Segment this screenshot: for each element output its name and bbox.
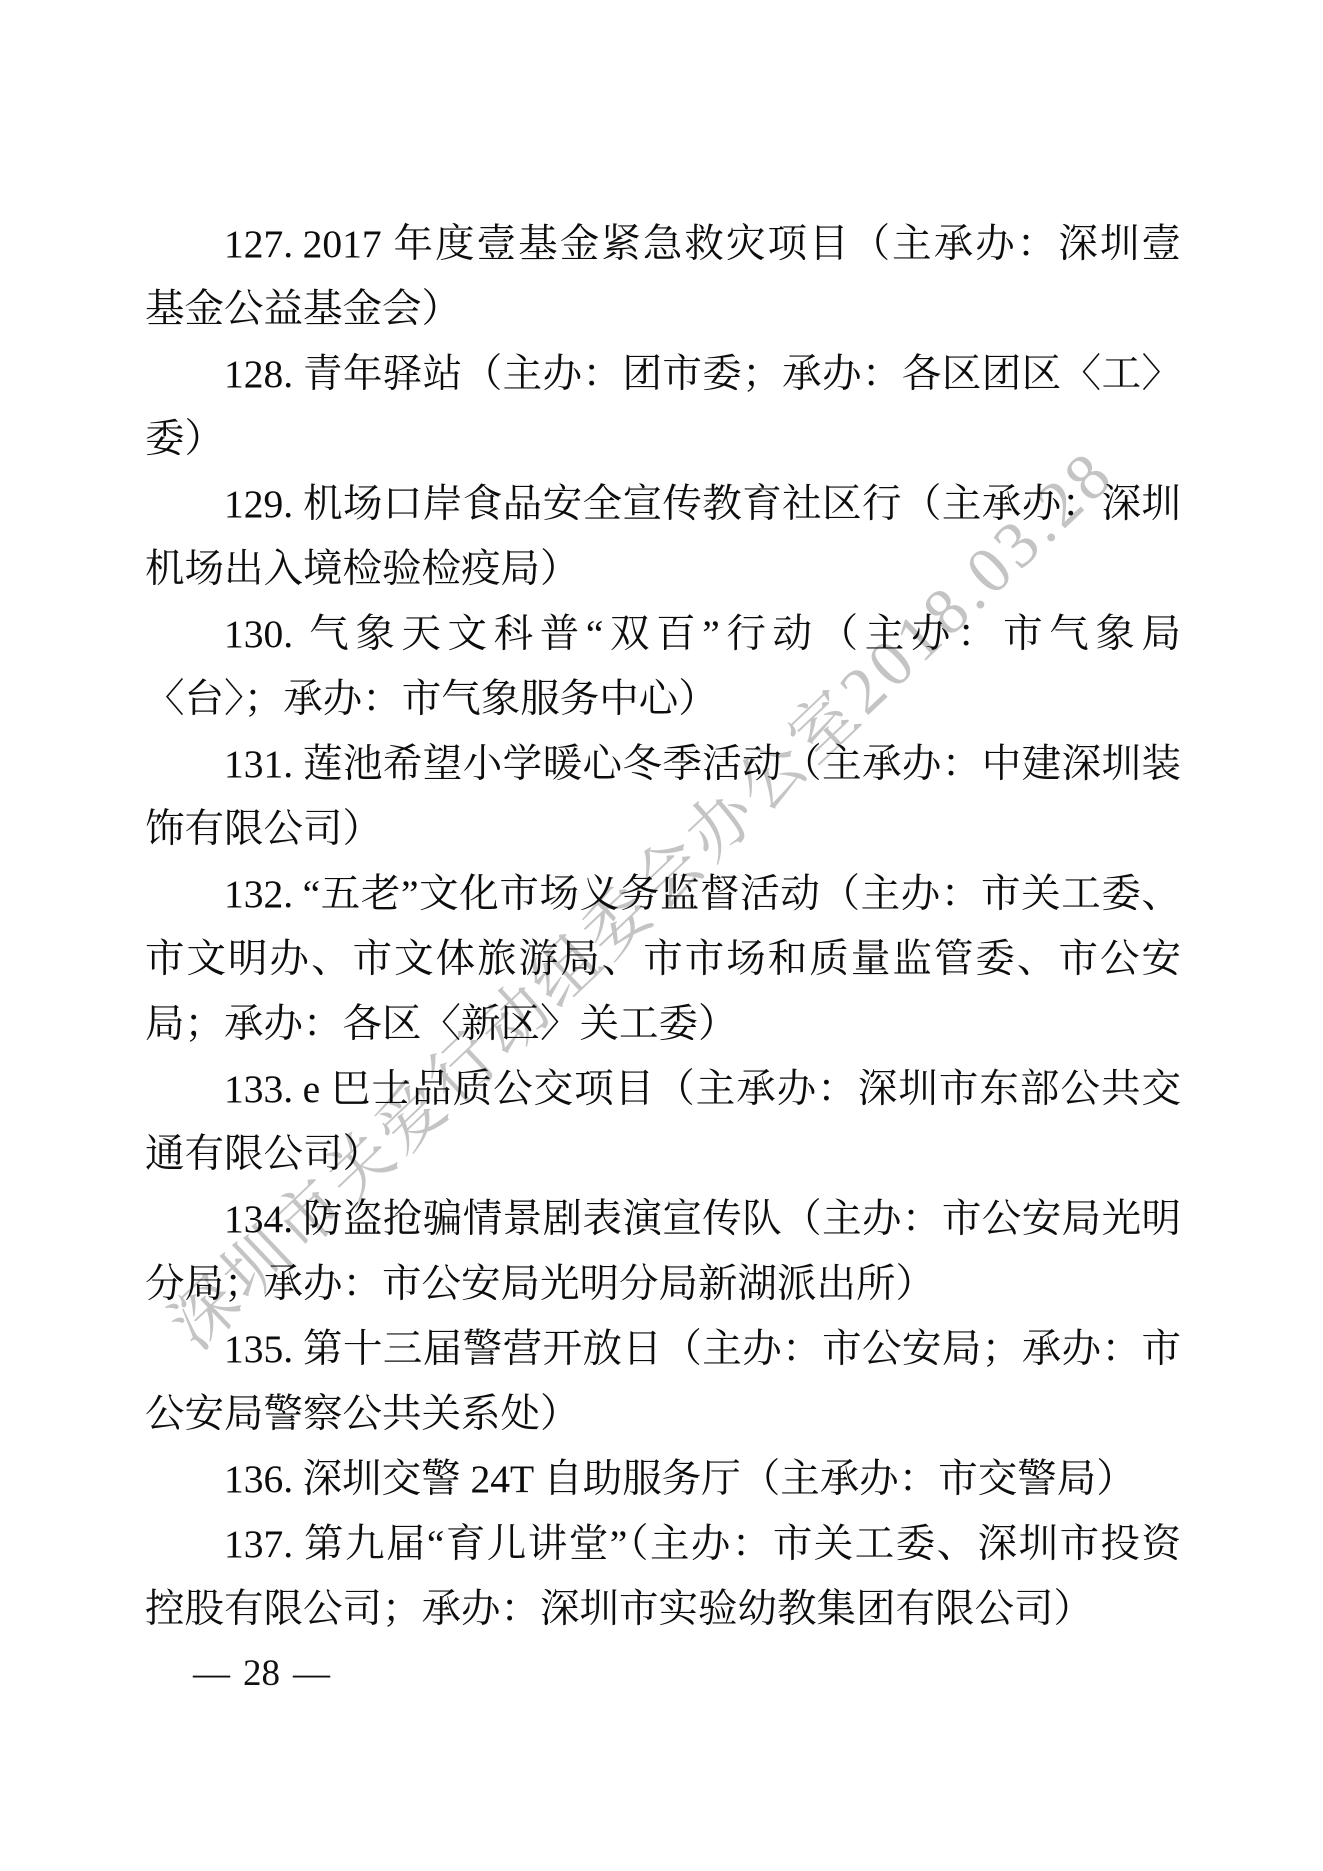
list-item-136: 136.深圳交警 24T 自助服务厅（主承办：市交警局） <box>145 1447 1181 1512</box>
page-number: 28 <box>243 1653 280 1694</box>
item-text: 气象天文科普“双百”行动（主办：市气象局〈台〉；承办：市气象服务中心） <box>145 612 1181 721</box>
item-number: 129. <box>224 482 293 526</box>
item-text: 青年驿站（主办：团市委；承办：各区团区〈工〉委） <box>145 352 1181 461</box>
item-text: 第十三届警营开放日（主办：市公安局；承办：市公安局警察公共关系处） <box>145 1327 1181 1436</box>
item-text: 2017 年度壹基金紧急救灾项目（主承办：深圳壹基金公益基金会） <box>145 222 1181 331</box>
item-text: 莲池希望小学暖心冬季活动（主承办：中建深圳装饰有限公司） <box>145 742 1181 851</box>
footer-left-dash: — <box>193 1653 230 1694</box>
list-item-135: 135.第十三届警营开放日（主办：市公安局；承办：市公安局警察公共关系处） <box>145 1317 1181 1447</box>
document-body: 127.2017 年度壹基金紧急救灾项目（主承办：深圳壹基金公益基金会） 128… <box>145 212 1181 1642</box>
footer-right-dash: — <box>293 1653 330 1694</box>
item-number: 132. <box>224 872 293 916</box>
list-item-132: 132.“五老”文化市场义务监督活动（主办：市关工委、市文明办、市文体旅游局、市… <box>145 862 1181 1057</box>
item-number: 134. <box>224 1197 293 1241</box>
item-number: 130. <box>224 612 293 656</box>
item-number: 136. <box>224 1457 293 1501</box>
item-number: 137. <box>224 1522 293 1566</box>
item-number: 135. <box>224 1327 293 1371</box>
list-item-130: 130.气象天文科普“双百”行动（主办：市气象局〈台〉；承办：市气象服务中心） <box>145 602 1181 732</box>
item-text: e 巴士品质公交项目（主承办：深圳市东部公共交通有限公司） <box>145 1067 1181 1176</box>
item-number: 133. <box>224 1067 293 1111</box>
item-text: 第九届“育儿讲堂”（主办：市关工委、深圳市投资控股有限公司；承办：深圳市实验幼教… <box>145 1522 1181 1631</box>
item-number: 131. <box>224 742 293 786</box>
list-item-137: 137.第九届“育儿讲堂”（主办：市关工委、深圳市投资控股有限公司；承办：深圳市… <box>145 1512 1181 1642</box>
item-text: “五老”文化市场义务监督活动（主办：市关工委、市文明办、市文体旅游局、市市场和质… <box>145 872 1181 1046</box>
list-item-128: 128.青年驿站（主办：团市委；承办：各区团区〈工〉委） <box>145 342 1181 472</box>
page-footer: —28— <box>193 1652 330 1696</box>
list-item-134: 134.防盗抢骗情景剧表演宣传队（主办：市公安局光明分局；承办：市公安局光明分局… <box>145 1187 1181 1317</box>
item-text: 机场口岸食品安全宣传教育社区行（主承办：深圳机场出入境检验检疫局） <box>145 482 1181 591</box>
document-page: 深圳市关爱行动组委会办公室2018.03.28 127.2017 年度壹基金紧急… <box>0 0 1323 1871</box>
list-item-127: 127.2017 年度壹基金紧急救灾项目（主承办：深圳壹基金公益基金会） <box>145 212 1181 342</box>
item-text: 防盗抢骗情景剧表演宣传队（主办：市公安局光明分局；承办：市公安局光明分局新湖派出… <box>145 1197 1181 1306</box>
item-number: 127. <box>224 222 293 266</box>
list-item-129: 129.机场口岸食品安全宣传教育社区行（主承办：深圳机场出入境检验检疫局） <box>145 472 1181 602</box>
list-item-133: 133.e 巴士品质公交项目（主承办：深圳市东部公共交通有限公司） <box>145 1057 1181 1187</box>
item-text: 深圳交警 24T 自助服务厅（主承办：市交警局） <box>303 1457 1136 1501</box>
list-item-131: 131.莲池希望小学暖心冬季活动（主承办：中建深圳装饰有限公司） <box>145 732 1181 862</box>
item-number: 128. <box>224 352 293 396</box>
